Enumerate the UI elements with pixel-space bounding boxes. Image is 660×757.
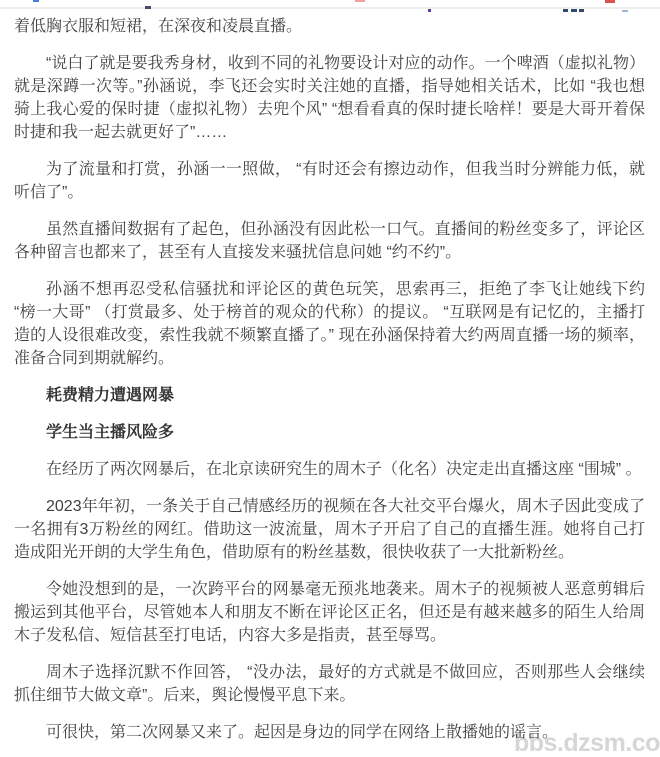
section-heading: 耗费精力遭遇网暴: [14, 384, 645, 407]
article-page: bbs.dzsm.com 着低胸衣服和短裙，在深夜和凌晨直播。 “说白了就是要我…: [0, 0, 660, 757]
article-paragraph: 2023年年初，一条关于自己情感经历的视频在各大社交平台爆火，周木子因此变成了一…: [14, 495, 645, 564]
article-paragraph: 周木子选择沉默不作回答， “没办法，最好的方式就是不做回应，否则那些人会继续抓住…: [14, 661, 645, 707]
article-paragraph: 令她没想到的是，一次跨平台的网暴毫无预兆地袭来。周木子的视频被人恶意剪辑后搬运到…: [14, 578, 645, 647]
article-paragraph: 着低胸衣服和短裙，在深夜和凌晨直播。: [14, 15, 645, 38]
article-body: 着低胸衣服和短裙，在深夜和凌晨直播。 “说白了就是要我秀身材，收到不同的礼物要设…: [0, 0, 660, 757]
article-paragraph: 虽然直播间数据有了起色，但孙涵没有因此松一口气。直播间的粉丝变多了，评论区各种留…: [14, 218, 645, 264]
article-paragraph: 在经历了两次网暴后，在北京读研究生的周木子（化名）决定走出直播这座 “围城” 。: [14, 458, 645, 481]
article-paragraph: “说白了就是要我秀身材，收到不同的礼物要设计对应的动作。一个啤酒（虚拟礼物）就是…: [14, 52, 645, 144]
article-paragraph: 孙涵不想再忍受私信骚扰和评论区的黄色玩笑，思索再三，拒绝了李飞让她线下约 “榜一…: [14, 278, 645, 370]
section-heading: 学生当主播风险多: [14, 421, 645, 444]
article-paragraph: 可很快，第二次网暴又来了。起因是身边的同学在网络上散播她的谣言。: [14, 721, 645, 744]
article-paragraph: 为了流量和打赏，孙涵一一照做， “有时还会有擦边动作，但我当时分辨能力低，就听信…: [14, 158, 645, 204]
